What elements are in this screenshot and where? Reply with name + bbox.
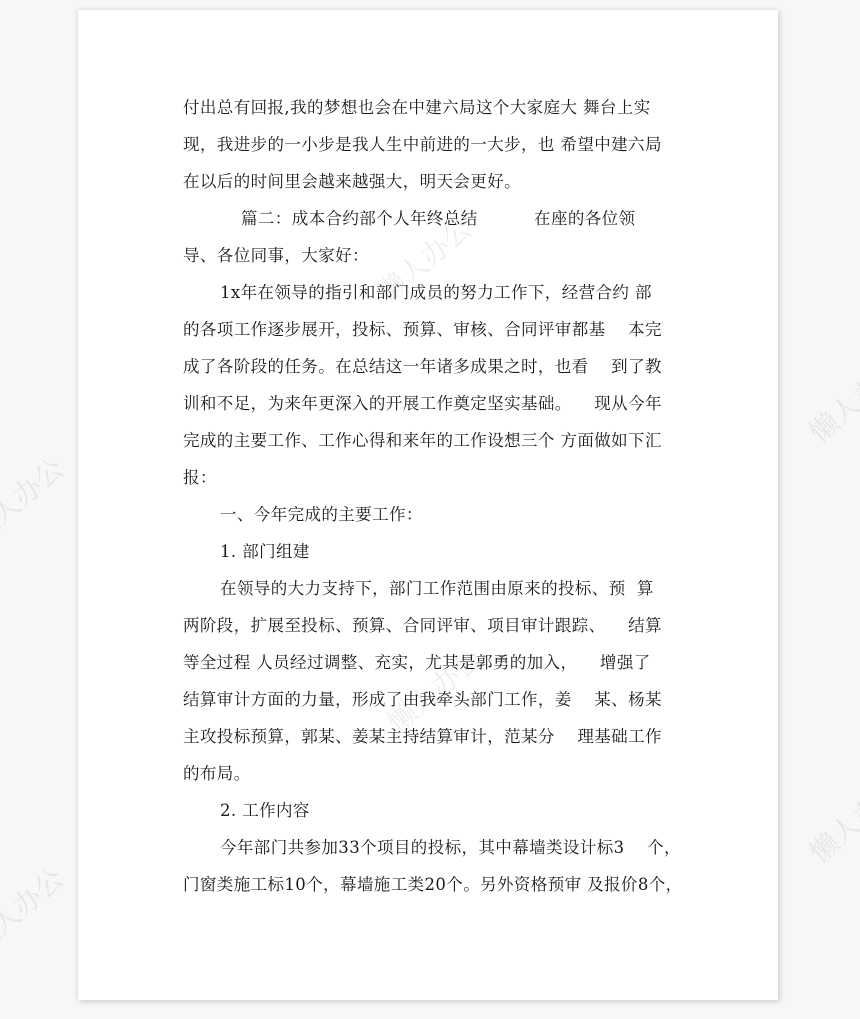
watermark: 懒人办公 [800, 348, 860, 451]
text-line: 的布局。 [183, 762, 251, 786]
text-line: 门窗类施工标10个，幕墙施工类20个。另外资格预审 及报价8个， [183, 873, 683, 897]
watermark: 懒人办公 [0, 858, 72, 961]
text-line: 主攻投标预算，郭某、姜某主持结算审计，范某分 理基础工作 [183, 725, 662, 749]
section-heading: 篇二：成本合约部个人年终总结 在座的各位领 [241, 207, 635, 231]
text-line: 在领导的大力支持下，部门工作范围由原来的投标、预 算 [220, 577, 654, 601]
document-viewer: 懒人办公 懒人办公 懒人办公 懒人办公 懒人办公 懒人办公 付出总有回报,我的梦… [0, 0, 860, 1019]
text-line: 在以后的时间里会越来越强大，明天会更好。 [183, 170, 521, 194]
text-line: 报： [183, 466, 217, 490]
watermark: 懒人办公 [800, 768, 860, 871]
subsection-heading: 1. 部门组建 [220, 540, 310, 564]
text-line: 导、各位同事，大家好： [183, 244, 369, 268]
text-line: 结算审计方面的力量，形成了由我牵头部门工作，姜 某、杨某 [183, 688, 662, 712]
text-line: 等全过程 人员经过调整、充实，尤其是郭勇的加入， 增强了 [183, 651, 651, 675]
text-line: 两阶段，扩展至投标、预算、合同评审、项目审计跟踪、 结算 [183, 614, 662, 638]
watermark: 懒人办公 [0, 448, 72, 551]
text-line: 的各项工作逐步展开，投标、预算、审核、合同评审都基 本完 [183, 318, 662, 342]
text-line: 今年部门共参加33个项目的投标，其中幕墙类设计标3 个， [220, 836, 681, 860]
text-line: 付出总有回报,我的梦想也会在中建六局这个大家庭大 舞台上实 [183, 96, 651, 120]
document-page: 懒人办公 懒人办公 付出总有回报,我的梦想也会在中建六局这个大家庭大 舞台上实 … [78, 10, 778, 1000]
text-line: 完成的主要工作、工作心得和来年的工作设想三个 方面做如下汇 [183, 429, 662, 453]
section-heading: 一、今年完成的主要工作： [220, 503, 423, 527]
text-line: 1x年在领导的指引和部门成员的努力工作下，经营合约 部 [220, 281, 652, 305]
subsection-heading: 2. 工作内容 [220, 799, 310, 823]
text-line: 成了各阶段的任务。在总结这一年诸多成果之时，也看 到了教 [183, 355, 662, 379]
text-line: 训和不足，为来年更深入的开展工作奠定坚实基础。 现从今年 [183, 392, 662, 416]
text-line: 现，我进步的一小步是我人生中前进的一大步，也 希望中建六局 [183, 133, 662, 157]
